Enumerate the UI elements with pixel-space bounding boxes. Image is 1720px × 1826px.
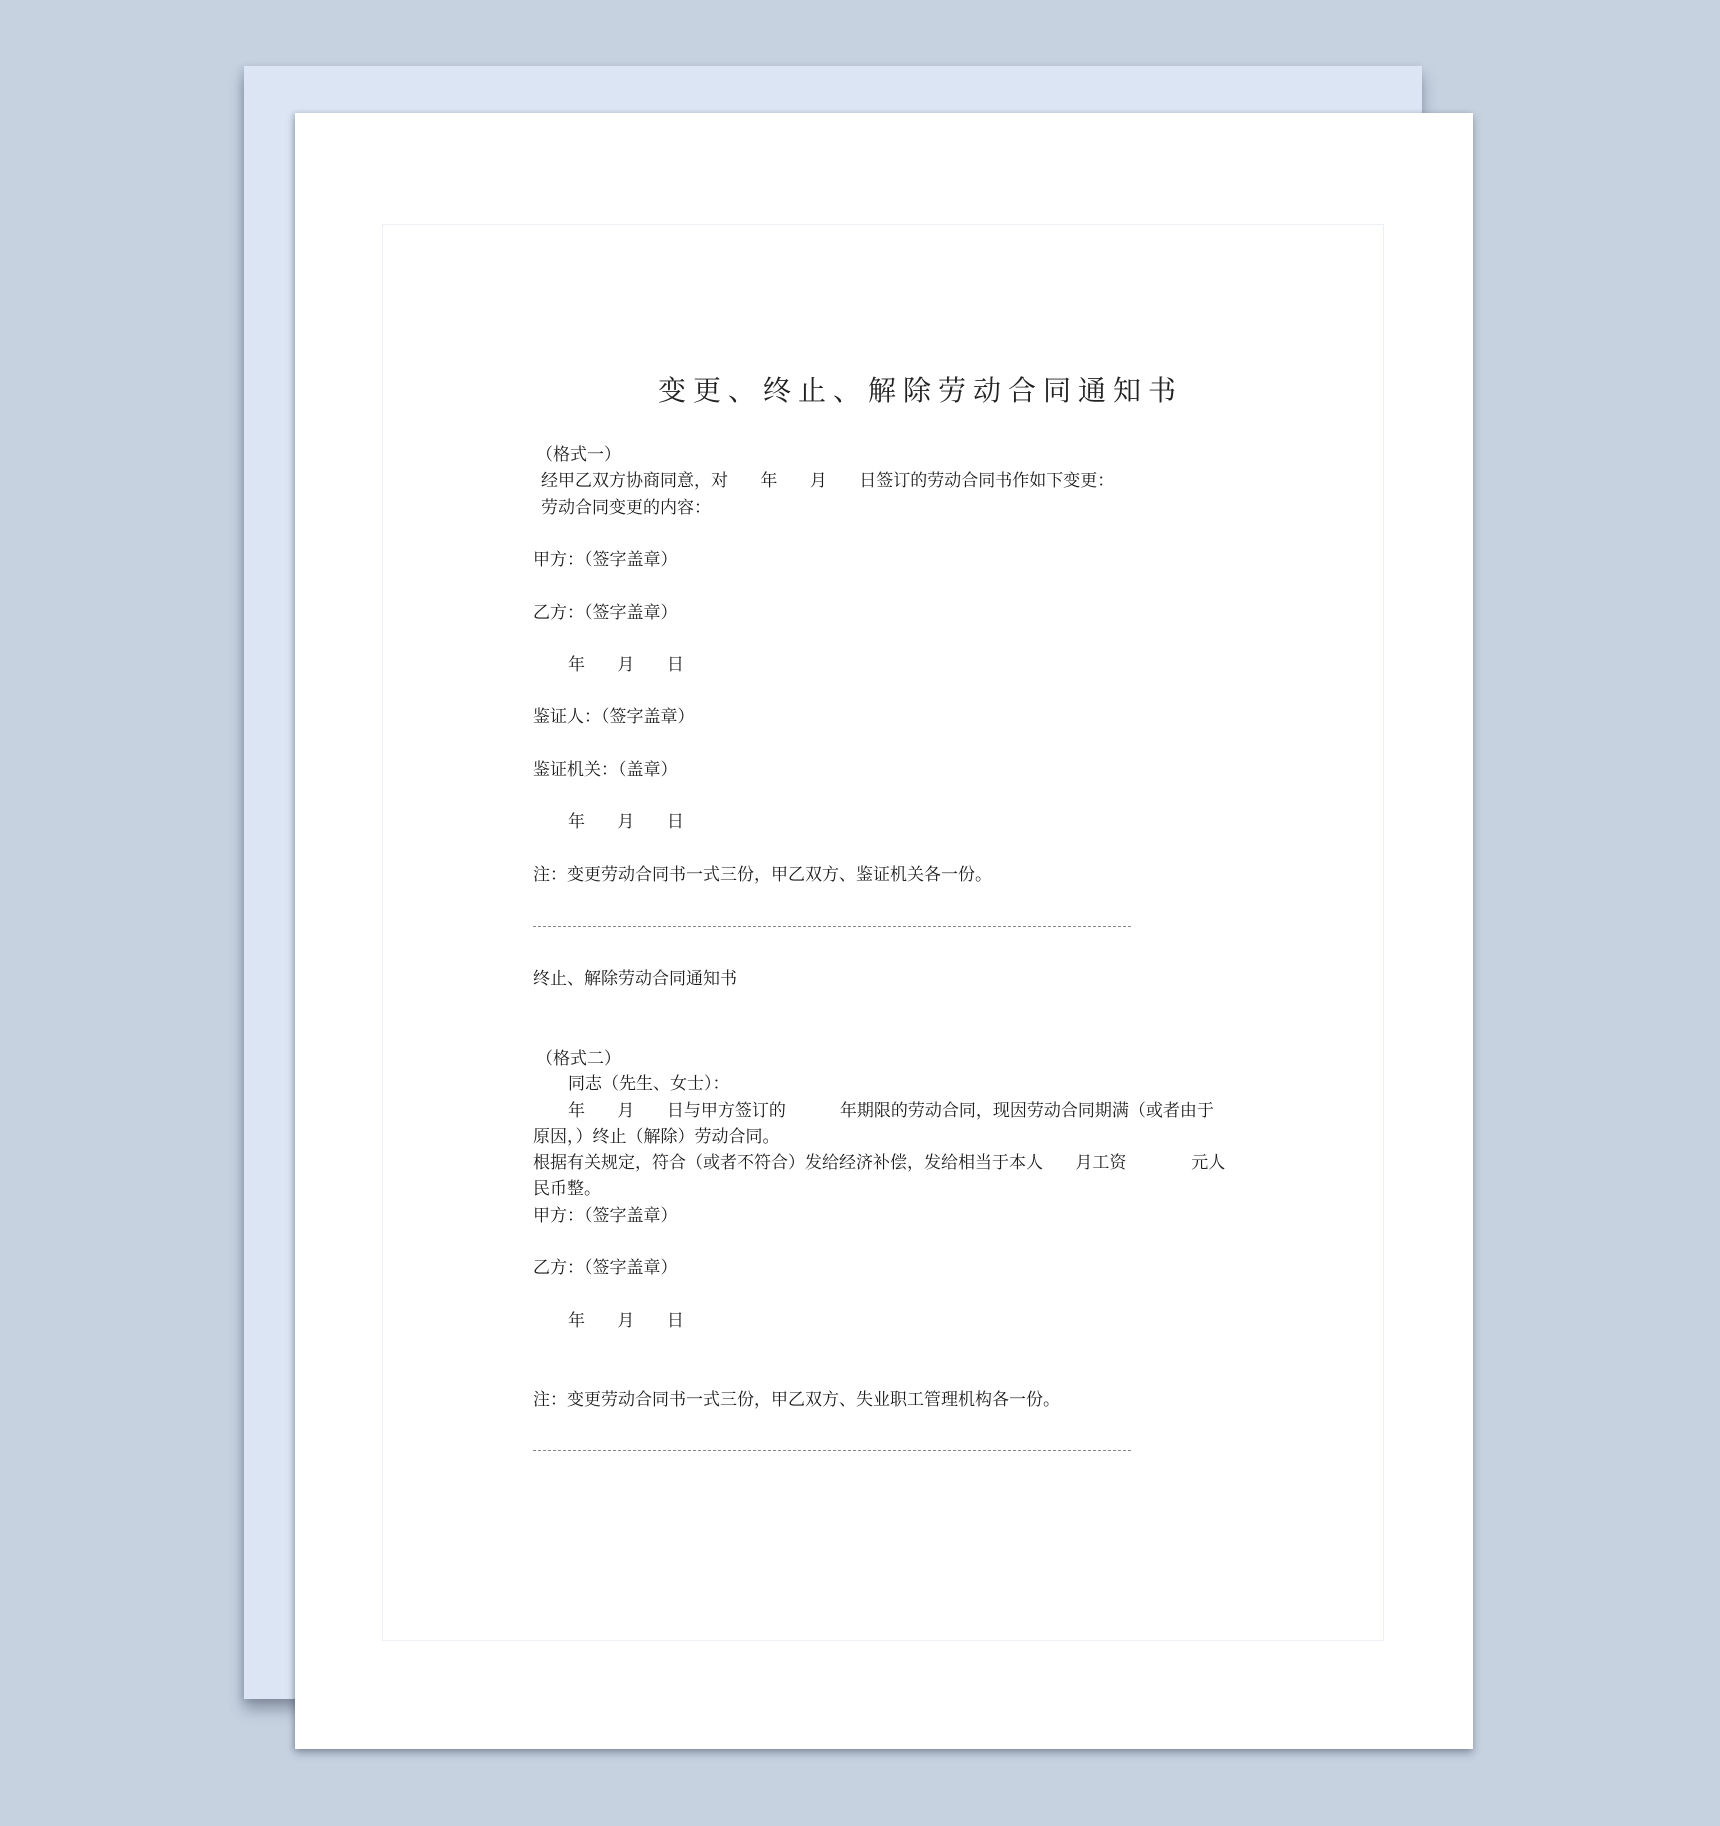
format-one-note: 注：变更劳动合同书一式三份，甲乙双方、鉴证机关各一份。	[533, 865, 992, 885]
body-line-4: 民币整。	[533, 1179, 601, 1199]
document-page: 变更、终止、解除劳动合同通知书 （格式一） 经甲乙双方协商同意，对 年 月 日签…	[295, 113, 1473, 1749]
section-two-heading: 终止、解除劳动合同通知书	[533, 969, 737, 989]
format-one-label: （格式一）	[536, 445, 621, 465]
salutation: 同志（先生、女士）：	[568, 1074, 730, 1094]
party-b-signature: 乙方：（签字盖章）	[533, 603, 678, 623]
separator-line-1	[533, 926, 1131, 927]
change-content-label: 劳动合同变更的内容：	[541, 498, 711, 518]
body-line-3: 根据有关规定，符合（或者不符合）发给经济补偿，发给相当于本人 月工资 元人	[533, 1153, 1225, 1173]
party-a-signature-2: 甲方：（签字盖章）	[533, 1206, 678, 1226]
date-line-2: 年 月 日	[568, 812, 684, 832]
separator-line-2	[533, 1450, 1131, 1451]
date-line-1: 年 月 日	[568, 655, 684, 675]
body-line-2: 原因，）终止（解除）劳动合同。	[533, 1127, 780, 1147]
witness-org-seal: 鉴证机关：（盖章）	[533, 760, 678, 780]
party-a-signature: 甲方：（签字盖章）	[533, 550, 678, 570]
document-title: 变更、终止、解除劳动合同通知书	[658, 369, 1158, 409]
page-margin-frame	[382, 224, 1384, 1641]
format-one-intro: 经甲乙双方协商同意，对 年 月 日签订的劳动合同书作如下变更：	[541, 471, 1114, 491]
format-two-note: 注：变更劳动合同书一式三份，甲乙双方、失业职工管理机构各一份。	[533, 1390, 1060, 1410]
witness-signature: 鉴证人：（签字盖章）	[533, 707, 695, 727]
party-b-signature-2: 乙方：（签字盖章）	[533, 1258, 678, 1278]
body-line-1: 年 月 日与甲方签订的 年期限的劳动合同，现因劳动合同期满（或者由于	[568, 1101, 1214, 1121]
date-line-3: 年 月 日	[568, 1311, 684, 1331]
format-two-label: （格式二）	[536, 1049, 621, 1069]
